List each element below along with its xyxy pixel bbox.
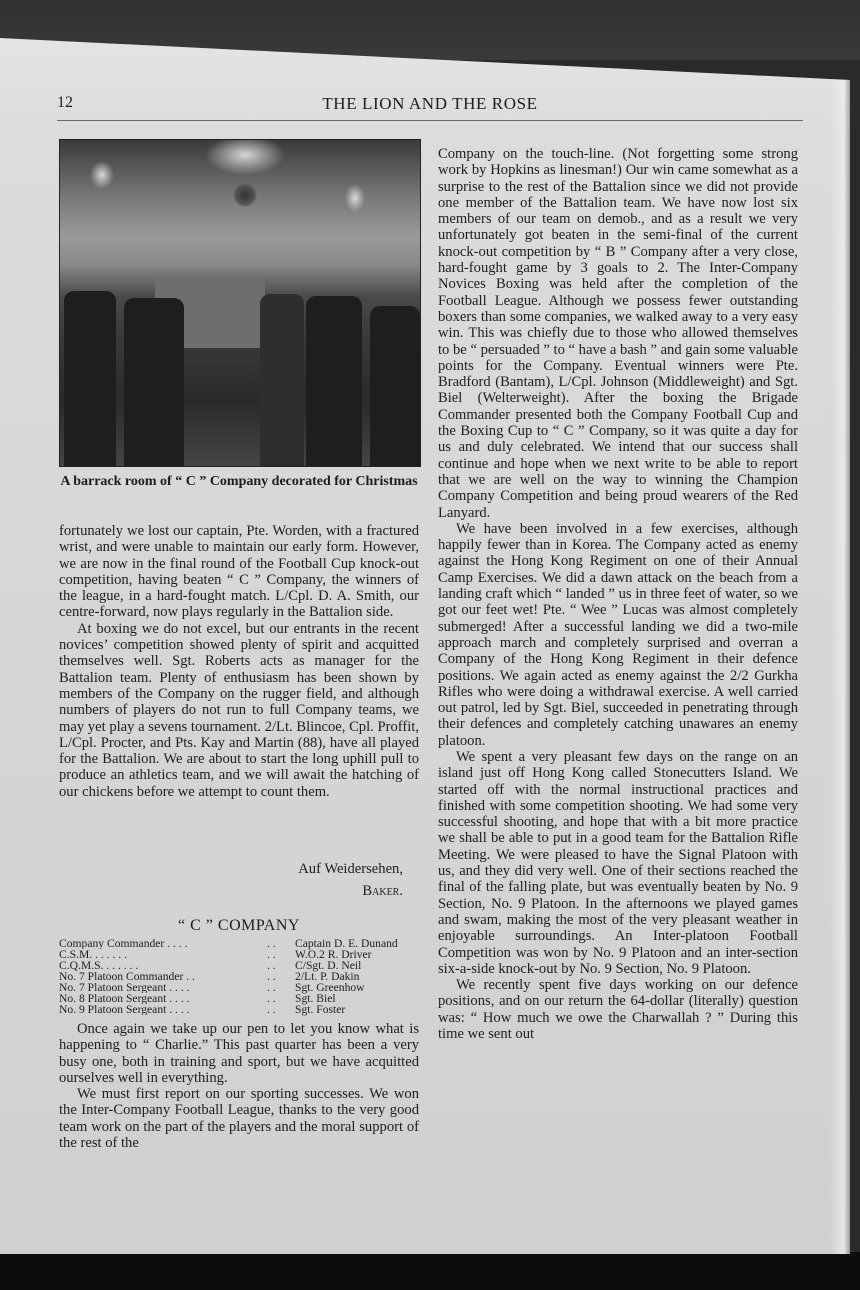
paragraph: Company on the touch-line. (Not forgetti… — [438, 146, 798, 521]
roster-role: C.S.M. . . . . . . — [59, 949, 267, 960]
paragraph: We recently spent five days working on o… — [438, 977, 798, 1042]
roster-row: No. 7 Platoon Sergeant . . . . . . Sgt. … — [59, 982, 421, 993]
section-heading: “ C ” COMPANY — [59, 917, 419, 935]
photo-soldier — [370, 306, 420, 466]
photo-soldier — [64, 291, 116, 466]
roster-role: No. 7 Platoon Sergeant . . . . — [59, 982, 267, 993]
roster-row: C.Q.M.S. . . . . . . . . C/Sgt. D. Neil — [59, 960, 421, 971]
company-roster: Company Commander . . . . . . Captain D.… — [59, 938, 421, 1015]
signoff: Auf Weidersehen, — [59, 861, 403, 878]
photo-soldier — [306, 296, 362, 466]
paragraph: We must first report on our sporting suc… — [59, 1086, 419, 1151]
paragraph: We spent a very pleasant few days on the… — [438, 749, 798, 977]
roster-role: Company Commander . . . . — [59, 938, 267, 949]
roster-role: C.Q.M.S. . . . . . . — [59, 960, 267, 971]
barrack-room-photo — [59, 139, 421, 467]
roster-name: Sgt. Foster — [295, 1004, 421, 1015]
running-header: 12 THE LION AND THE ROSE — [57, 94, 803, 121]
paragraph: We have been involved in a few exercises… — [438, 521, 798, 749]
roster-leader-dots: . . — [267, 1004, 295, 1015]
roster-row: No. 7 Platoon Commander . . . . 2/Lt. P.… — [59, 971, 421, 982]
right-column: Company on the touch-line. (Not forgetti… — [438, 146, 798, 1042]
roster-row: No. 8 Platoon Sergeant . . . . . . Sgt. … — [59, 993, 421, 1004]
roster-row: No. 9 Platoon Sergeant . . . . . . Sgt. … — [59, 1004, 421, 1015]
photo-caption: A barrack room of “ C ” Company decorate… — [57, 474, 421, 489]
paragraph: At boxing we do not excel, but our entra… — [59, 621, 419, 800]
paragraph: Once again we take up our pen to let you… — [59, 1021, 419, 1086]
roster-role: No. 7 Platoon Commander . . — [59, 971, 267, 982]
roster-role: No. 9 Platoon Sergeant . . . . — [59, 1004, 267, 1015]
author-signature: Baker. — [59, 883, 403, 900]
roster-row: C.S.M. . . . . . . . . W.O.2 R. Driver — [59, 949, 421, 960]
roster-role: No. 8 Platoon Sergeant . . . . — [59, 993, 267, 1004]
background-bottom — [0, 1252, 860, 1290]
left-column-bottom: Once again we take up our pen to let you… — [59, 1021, 419, 1151]
left-column-top: fortunately we lost our captain, Pte. Wo… — [59, 523, 419, 800]
photo-soldier — [124, 298, 184, 466]
photo-soldier — [260, 294, 304, 466]
paragraph: fortunately we lost our captain, Pte. Wo… — [59, 523, 419, 621]
journal-title: THE LION AND THE ROSE — [57, 94, 803, 114]
